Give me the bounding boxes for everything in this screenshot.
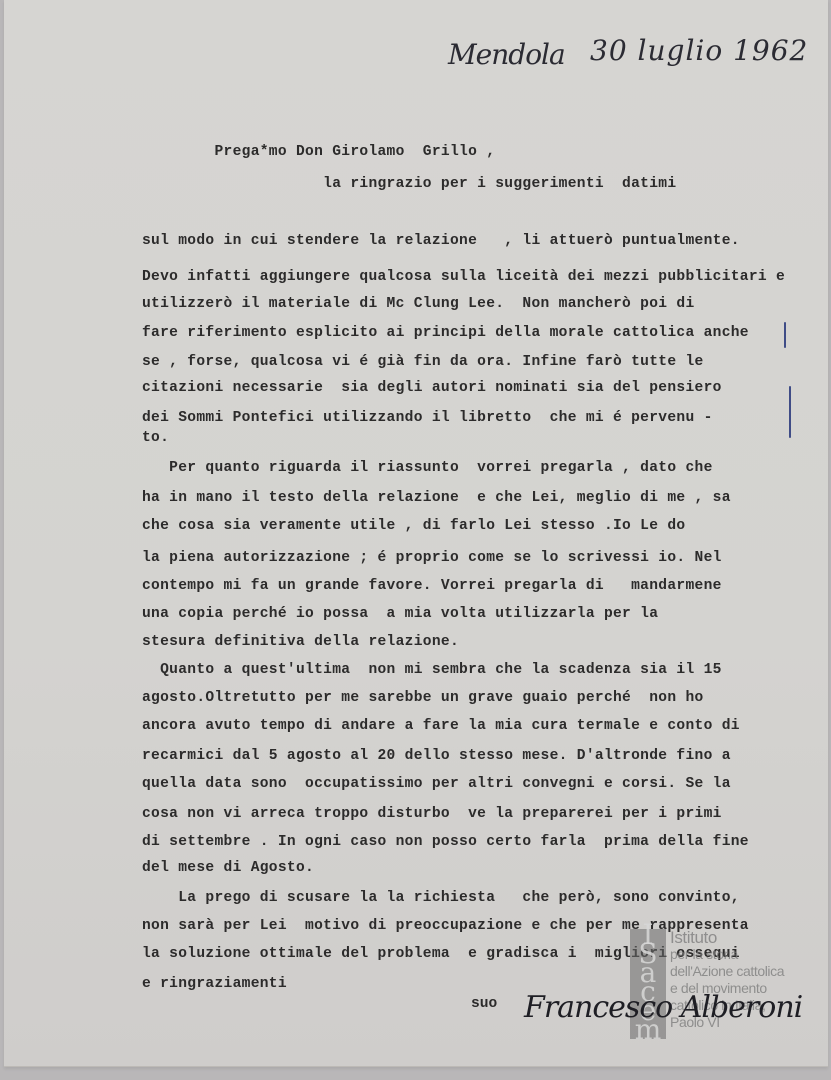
letter-line: e ringraziamenti: [142, 976, 287, 992]
letter-line: Per quanto riguarda il riassunto vorrei …: [142, 460, 713, 476]
letter-line: ha in mano il testo della relazione e ch…: [142, 490, 731, 506]
letter-line: stesura definitiva della relazione.: [142, 634, 459, 650]
letter-line: utilizzerò il materiale di Mc Clung Lee.…: [142, 296, 695, 312]
watermark-line: Istituto: [670, 929, 784, 946]
letter-line: Quanto a quest'ultima non mi sembra che …: [142, 662, 722, 678]
letter-line: sul modo in cui stendere la relazione , …: [142, 233, 740, 249]
letter-line: cosa non vi arreca troppo disturbo ve la…: [142, 806, 722, 822]
margin-mark: [784, 322, 786, 348]
margin-mark: [789, 386, 791, 438]
letter-line: una copia perché io possa a mia volta ut…: [142, 606, 658, 622]
letter-line: quella data sono occupatissimo per altri…: [142, 776, 731, 792]
closing-word: suo: [471, 996, 497, 1012]
letter-line: la piena autorizzazione ; é proprio come…: [142, 550, 722, 566]
letter-line: Prega*mo Don Girolamo Grillo ,: [142, 144, 495, 160]
letter-line: che cosa sia veramente utile , di farlo …: [142, 518, 685, 534]
letter-page: Mendola 30 luglio 1962 Prega*mo Don Giro…: [4, 0, 828, 1067]
letter-line: to.: [142, 430, 169, 446]
letter-line: fare riferimento esplicito ai principi d…: [142, 325, 749, 341]
handwritten-place: Mendola: [448, 38, 565, 71]
letter-line: ancora avuto tempo di andare a fare la m…: [142, 718, 740, 734]
watermark-line: per la storia: [670, 946, 784, 963]
letter-line: La prego di scusare la la richiesta che …: [142, 890, 740, 906]
letter-line: Devo infatti aggiungere qualcosa sulla l…: [142, 269, 785, 285]
watermark-line: dell'Azione cattolica: [670, 963, 784, 980]
letter-line: dei Sommi Pontefici utilizzando il libre…: [142, 410, 713, 426]
signature: Francesco Alberoni: [524, 990, 802, 1025]
letter-line: agosto.Oltretutto per me sarebbe un grav…: [142, 690, 704, 706]
handwritten-date: 30 luglio 1962: [590, 34, 808, 67]
letter-line: la ringrazio per i suggerimenti datimi: [142, 176, 676, 192]
letter-line: recarmici dal 5 agosto al 20 dello stess…: [142, 748, 731, 764]
letter-line: contempo mi fa un grande favore. Vorrei …: [142, 578, 722, 594]
letter-line: di settembre . In ogni caso non posso ce…: [142, 834, 749, 850]
letter-line: citazioni necessarie sia degli autori no…: [142, 380, 722, 396]
letter-line: se , forse, qualcosa vi é già fin da ora…: [142, 354, 704, 370]
letter-line: del mese di Agosto.: [142, 860, 314, 876]
